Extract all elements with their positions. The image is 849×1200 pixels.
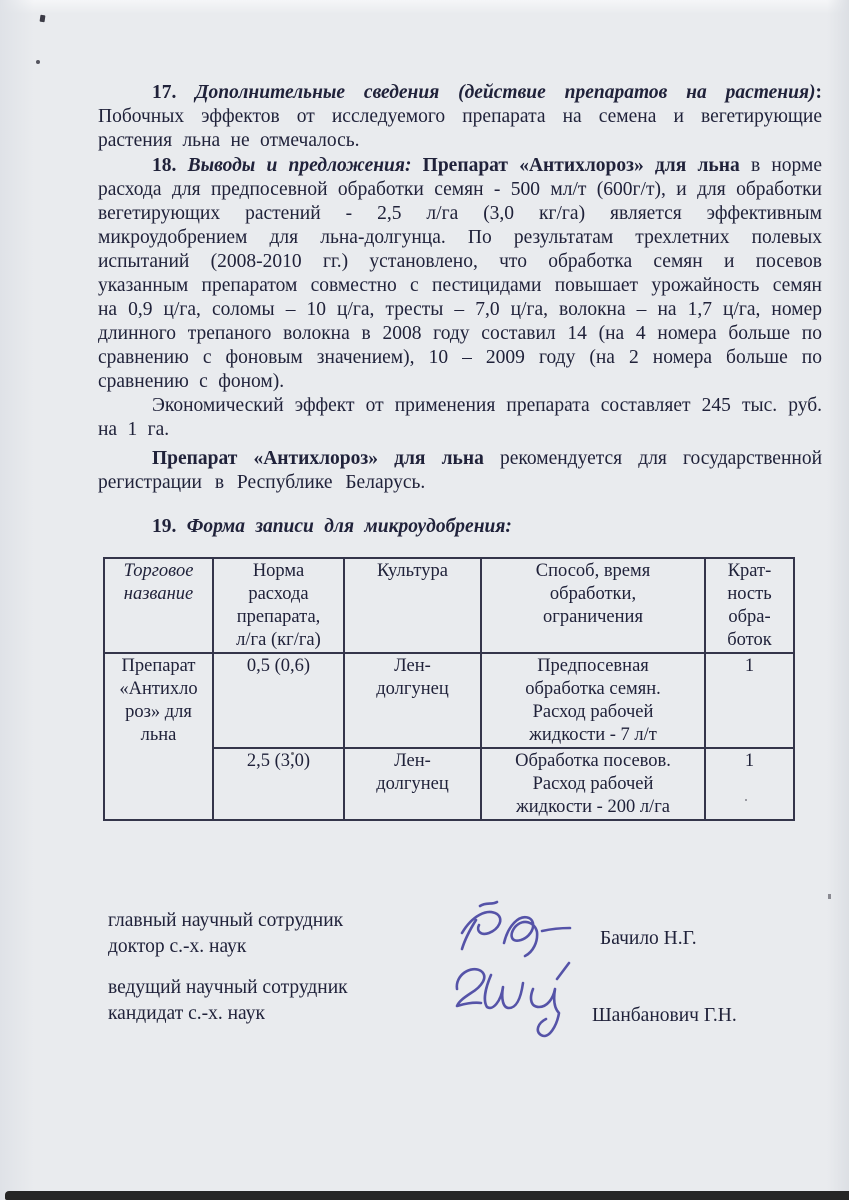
header-culture: Культура <box>344 558 481 653</box>
section-title: Выводы и предложения: <box>188 155 412 176</box>
section-colon: : <box>816 82 823 103</box>
header-method: Способ, время обработки, ограничения <box>481 558 705 653</box>
scan-edge-left <box>0 0 34 1200</box>
ink-speck <box>40 15 46 23</box>
cell-rate: 0,5 (0,6) <box>213 653 344 748</box>
registration-form-table: Торговое название Норма расхода препарат… <box>103 557 795 821</box>
paragraph-18: 18. Выводы и предложения: Препарат «Анти… <box>98 154 822 394</box>
cell-culture: Лен- долгунец <box>344 653 481 748</box>
section-body: Побочных эффектов от исследуемого препар… <box>98 106 822 151</box>
section-number: 19. <box>152 516 187 537</box>
paragraph-19: 19. Форма записи для микроудобрения: <box>98 515 822 539</box>
section-number: 18. <box>152 155 188 176</box>
cell-culture: Лен- долгунец <box>344 748 481 820</box>
paragraph-economic-effect: Экономический эффект от применения препа… <box>98 394 822 442</box>
table-row: Препарат «Антихло роз» для льна 0,5 (0,6… <box>104 653 794 748</box>
section-body: в норме расхода для предпосевной обработ… <box>98 155 822 392</box>
cell-method: Предпосевная обработка семян. Расход раб… <box>481 653 705 748</box>
header-trade-name: Торговое название <box>104 558 213 653</box>
paragraph-recommendation: Препарат «Антихлороз» для льна рекоменду… <box>98 447 822 495</box>
signer-position-2: ведущий научный сотрудник кандидат с.-х.… <box>108 975 348 1027</box>
section-body: Экономический эффект от применения препа… <box>98 395 822 440</box>
product-name: Препарат «Антихлороз» для льна <box>411 155 739 176</box>
signer-name-1: Бачило Н.Г. <box>600 928 697 950</box>
position-line: кандидат с.-х. наук <box>108 1001 348 1027</box>
signer-name-2: Шанбанович Г.Н. <box>592 1005 737 1027</box>
ink-speck <box>36 60 40 64</box>
signer-position-1: главный научный сотрудник доктор с.-х. н… <box>108 908 343 960</box>
scan-edge-top <box>0 0 849 14</box>
cell-method: Обработка посевов. Расход рабочей жидкос… <box>481 748 705 820</box>
cell-product-name: Препарат «Антихло роз» для льна <box>104 653 213 820</box>
cell-rate: 2,5 (3,0) <box>213 748 344 820</box>
table-header-row: Торговое название Норма расхода препарат… <box>104 558 794 653</box>
section-title: Форма записи для микроудобрения: <box>187 516 512 537</box>
section-number: 17. <box>152 82 195 103</box>
cell-times: 1 <box>705 653 794 748</box>
ink-speck <box>828 894 831 899</box>
header-times: Крат- ность обра- боток <box>705 558 794 653</box>
position-line: ведущий научный сотрудник <box>108 975 348 1001</box>
position-line: главный научный сотрудник <box>108 908 343 934</box>
scan-bottom-edge <box>5 1191 849 1200</box>
position-line: доктор с.-х. наук <box>108 934 343 960</box>
section-title: Дополнительные сведения (действие препар… <box>195 82 815 103</box>
header-rate: Норма расхода препарата, л/га (кг/га) <box>213 558 344 653</box>
cell-times: 1 <box>705 748 794 820</box>
paragraph-17: 17. Дополнительные сведения (действие пр… <box>98 81 822 153</box>
handwritten-signature <box>445 955 585 1050</box>
product-name: Препарат «Антихлороз» для льна <box>152 448 484 469</box>
scan-edge-right <box>827 0 849 1200</box>
